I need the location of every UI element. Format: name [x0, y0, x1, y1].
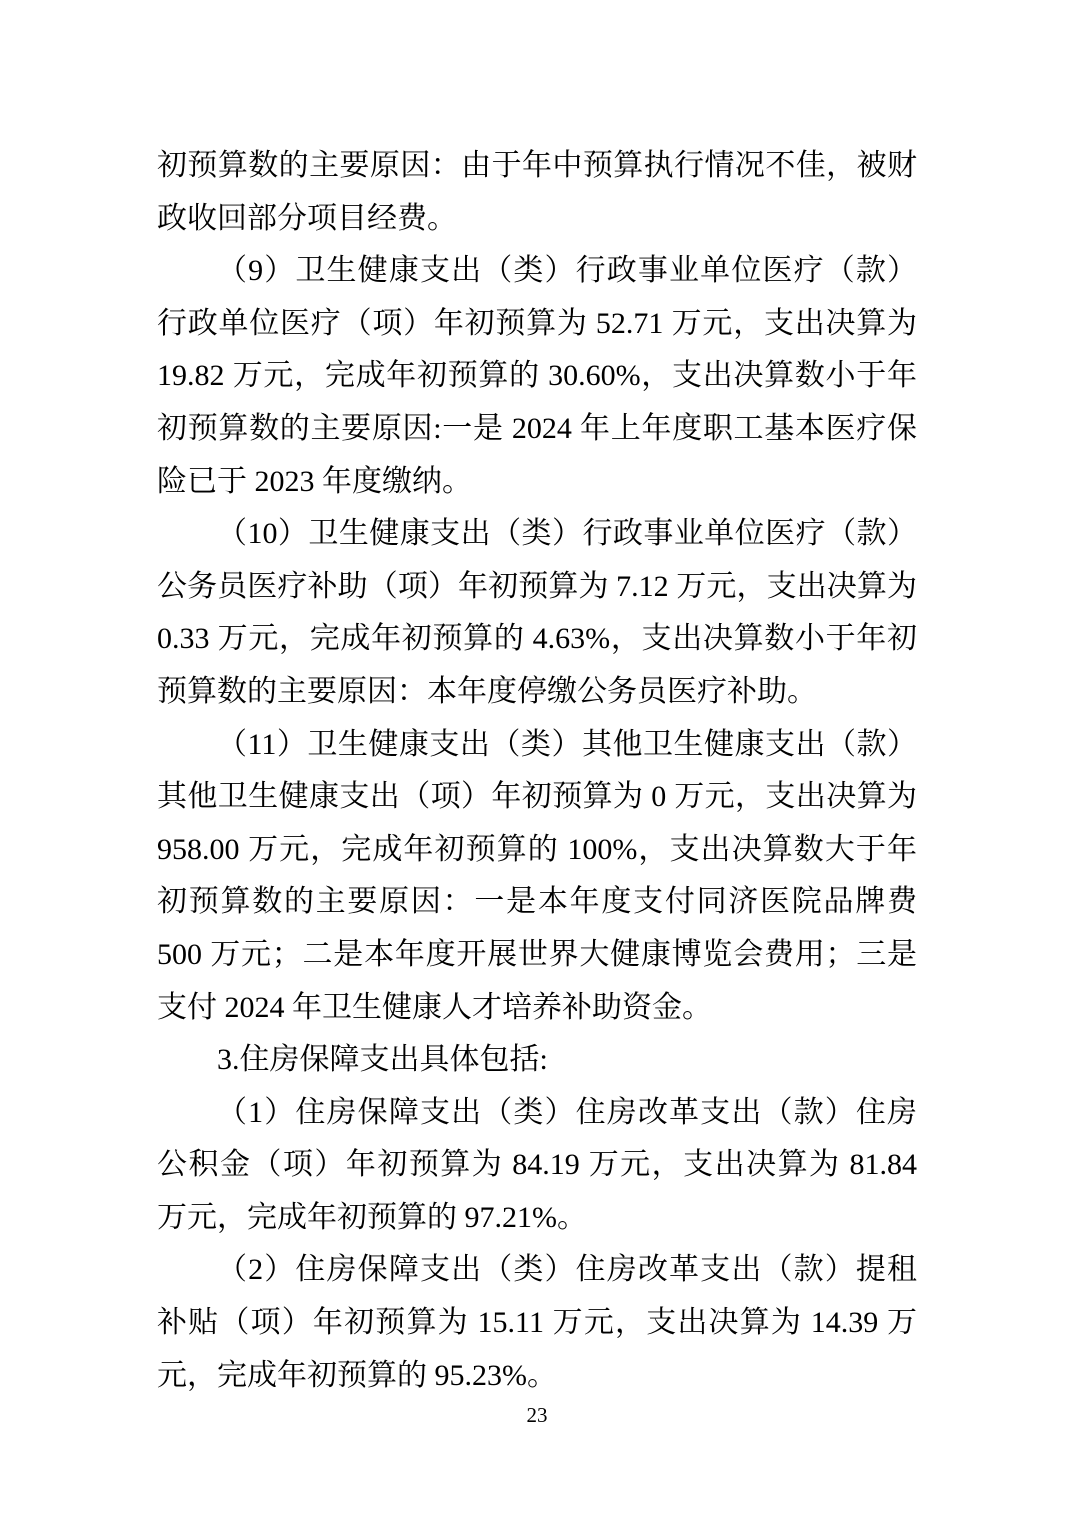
paragraph-continuation: 初预算数的主要原因：由于年中预算执行情况不佳，被财政收回部分项目经费。: [157, 140, 917, 245]
page-footer: 23: [0, 1402, 1074, 1428]
paragraph-section-3-heading: 3.住房保障支出具体包括:: [157, 1034, 917, 1087]
paragraph-item-3-1: （1）住房保障支出（类）住房改革支出（款）住房公积金（项）年初预算为 84.19…: [157, 1087, 917, 1245]
paragraph-item-9: （9）卫生健康支出（类）行政事业单位医疗（款）行政单位医疗（项）年初预算为 52…: [157, 245, 917, 508]
paragraph-item-11: （11）卫生健康支出（类）其他卫生健康支出（款）其他卫生健康支出（项）年初预算为…: [157, 719, 917, 1035]
document-body: 初预算数的主要原因：由于年中预算执行情况不佳，被财政收回部分项目经费。 （9）卫…: [157, 140, 917, 1402]
paragraph-item-3-2: （2）住房保障支出（类）住房改革支出（款）提租补贴（项）年初预算为 15.11 …: [157, 1244, 917, 1402]
page-number: 23: [527, 1403, 548, 1427]
document-page: 初预算数的主要原因：由于年中预算执行情况不佳，被财政收回部分项目经费。 （9）卫…: [0, 0, 1074, 1520]
paragraph-item-10: （10）卫生健康支出（类）行政事业单位医疗（款）公务员医疗补助（项）年初预算为 …: [157, 508, 917, 718]
